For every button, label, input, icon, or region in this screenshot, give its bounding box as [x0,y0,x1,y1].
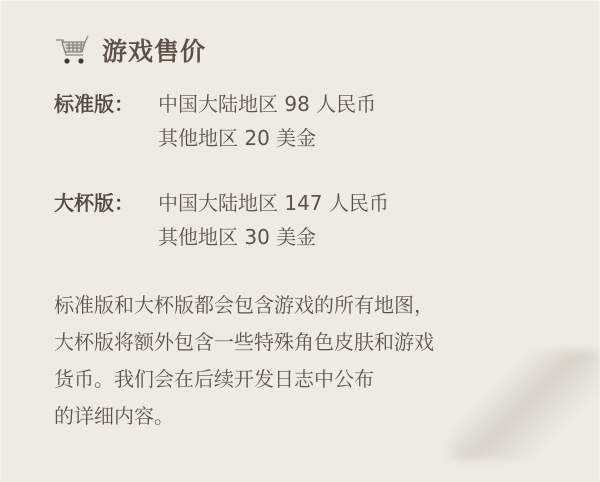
price-row: 标准版： 中国大陆地区 98 人民币 [54,87,376,121]
description-line: 大杯版将额外包含一些特殊角色皮肤和游戏 [54,324,554,361]
other-region-price: 其他地区 30 美金 [158,220,316,254]
price-row: 其他地区 30 美金 [54,220,389,254]
section-title: 游戏售价 [102,32,206,68]
deluxe-edition-label: 大杯版： [54,186,158,220]
standard-edition-label: 标准版： [54,87,158,121]
standard-edition-block: 标准版： 中国大陆地区 98 人民币 其他地区 20 美金 [54,87,376,155]
description-paragraph: 标准版和大杯版都会包含游戏的所有地图， 大杯版将额外包含一些特殊角色皮肤和游戏 … [54,287,554,435]
description-line: 标准版和大杯版都会包含游戏的所有地图， [54,287,554,324]
price-row: 其他地区 20 美金 [54,121,376,155]
shopping-cart-icon [54,33,90,67]
deluxe-edition-block: 大杯版： 中国大陆地区 147 人民币 其他地区 30 美金 [54,186,389,254]
mainland-price: 中国大陆地区 98 人民币 [158,87,376,121]
description-line: 货币。我们会在后续开发日志中公布 [54,361,554,398]
price-row: 大杯版： 中国大陆地区 147 人民币 [54,186,389,220]
section-header: 游戏售价 [54,30,206,70]
mainland-price: 中国大陆地区 147 人民币 [158,186,389,220]
description-line: 的详细内容。 [54,398,554,435]
other-region-price: 其他地区 20 美金 [158,121,316,155]
